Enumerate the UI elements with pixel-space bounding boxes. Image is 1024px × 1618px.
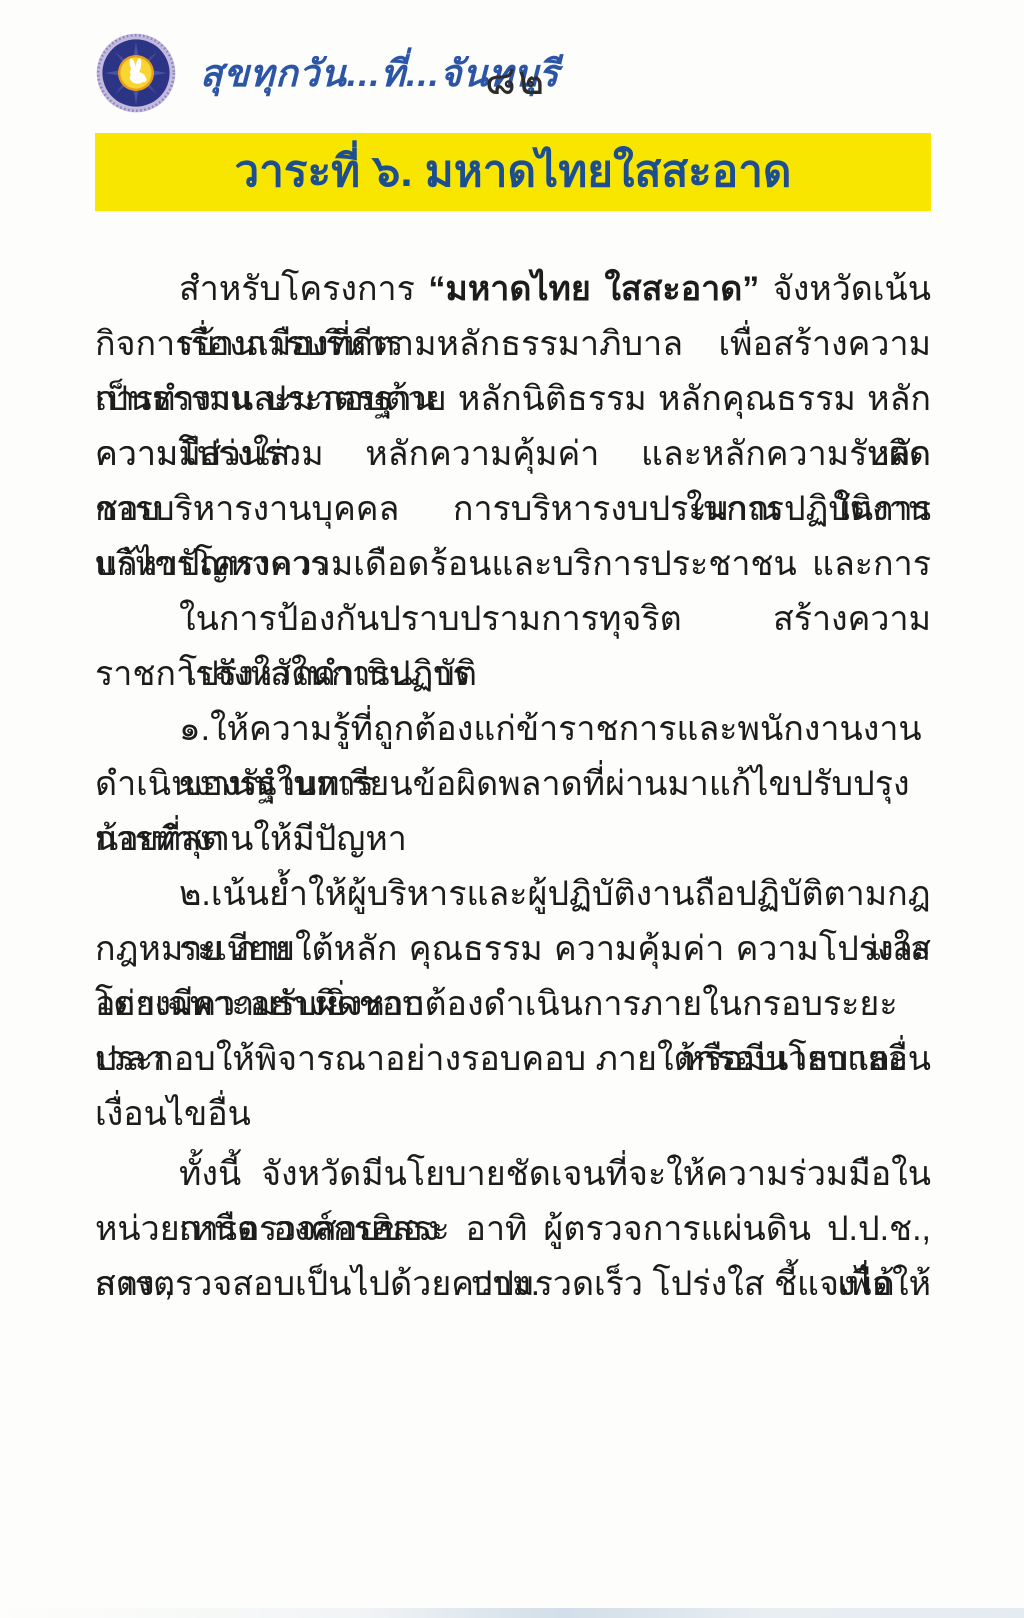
page-header: สุขทุกวัน...ที่...จันทบุรี ๘๒: [95, 30, 930, 120]
project-name-bold: “มหาดไทย ใสสะอาด”: [428, 270, 759, 308]
item-2-line-2: กฎหมาย ภายใต้หลัก คุณธรรม ความคุ้มค่า คว…: [95, 922, 931, 977]
agenda-banner: วาระที่ ๖. มหาดไทยใสสะอาด: [95, 133, 931, 211]
paragraph-2-line-2: ราชการจังหวัดดำเนินการ: [95, 647, 931, 702]
item-2-line-3: โดยเฉพาะอย่างยิ่งหากต้องดำเนินการภายในกร…: [95, 977, 931, 1032]
province-seal-logo: [95, 32, 177, 114]
item-2-line-1: ๒.เน้นย้ำให้ผู้บริหารและผู้ปฏิบัติงานถือ…: [95, 867, 931, 922]
paragraph-2-line-1: ในการป้องกันปราบปรามการทุจริต สร้างความโ…: [95, 592, 931, 647]
page-number: ๘๒: [485, 48, 546, 112]
item-2-line-4: ประกอบให้พิจารณาอย่างรอบคอบ ภายใต้กรอบเว…: [95, 1032, 931, 1087]
closing-paragraph-line-2: หน่วยเหนือ องค์กรอิสระ อาทิ ผู้ตรวจการแผ…: [95, 1202, 931, 1257]
paragraph-1-line-2: กิจการบ้านเมืองที่ดีตามหลักธรรมาภิบาล เพ…: [95, 317, 931, 372]
item-1-line-1: ๑.ให้ความรู้ที่ถูกต้องแก่ข้าราชการและพนั…: [95, 702, 931, 757]
paragraph-1-line-1: สำหรับโครงการ “มหาดไทย ใสสะอาด” จังหวัดเ…: [95, 262, 931, 317]
closing-paragraph-line-3: การตรวจสอบเป็นไปด้วยความรวดเร็ว โปร่งใส …: [95, 1257, 931, 1312]
item-1-line-3: น้อยที่สุด: [95, 812, 931, 867]
item-1-line-2: ดำเนินงานนำบทเรียนข้อผิดพลาดที่ผ่านมาแก้…: [95, 757, 931, 812]
document-body: สำหรับโครงการ “มหาดไทย ใสสะอาด” จังหวัดเ…: [95, 262, 931, 1312]
page-bottom-bleed-through: [0, 1608, 1024, 1618]
document-page: สุขทุกวัน...ที่...จันทบุรี ๘๒ วาระที่ ๖.…: [0, 0, 1024, 1618]
closing-paragraph-line-1: ทั้งนี้ จังหวัดมีนโยบายชัดเจนที่จะให้ควา…: [95, 1147, 931, 1202]
paragraph-1-line-3: การทำงาน ประกอบด้วย หลักนิติธรรม หลักคุณ…: [95, 372, 931, 427]
p1-l1-text: สำหรับโครงการ: [179, 270, 428, 308]
paragraph-1-line-5: การบริหารงานบุคคล การบริหารงบประมาณ ในกา…: [95, 482, 931, 537]
paragraph-1-line-4: ความมีส่วนร่วม หลักความคุ้มค่า และหลักคว…: [95, 427, 931, 482]
agenda-banner-title: วาระที่ ๖. มหาดไทยใสสะอาด: [234, 136, 791, 206]
